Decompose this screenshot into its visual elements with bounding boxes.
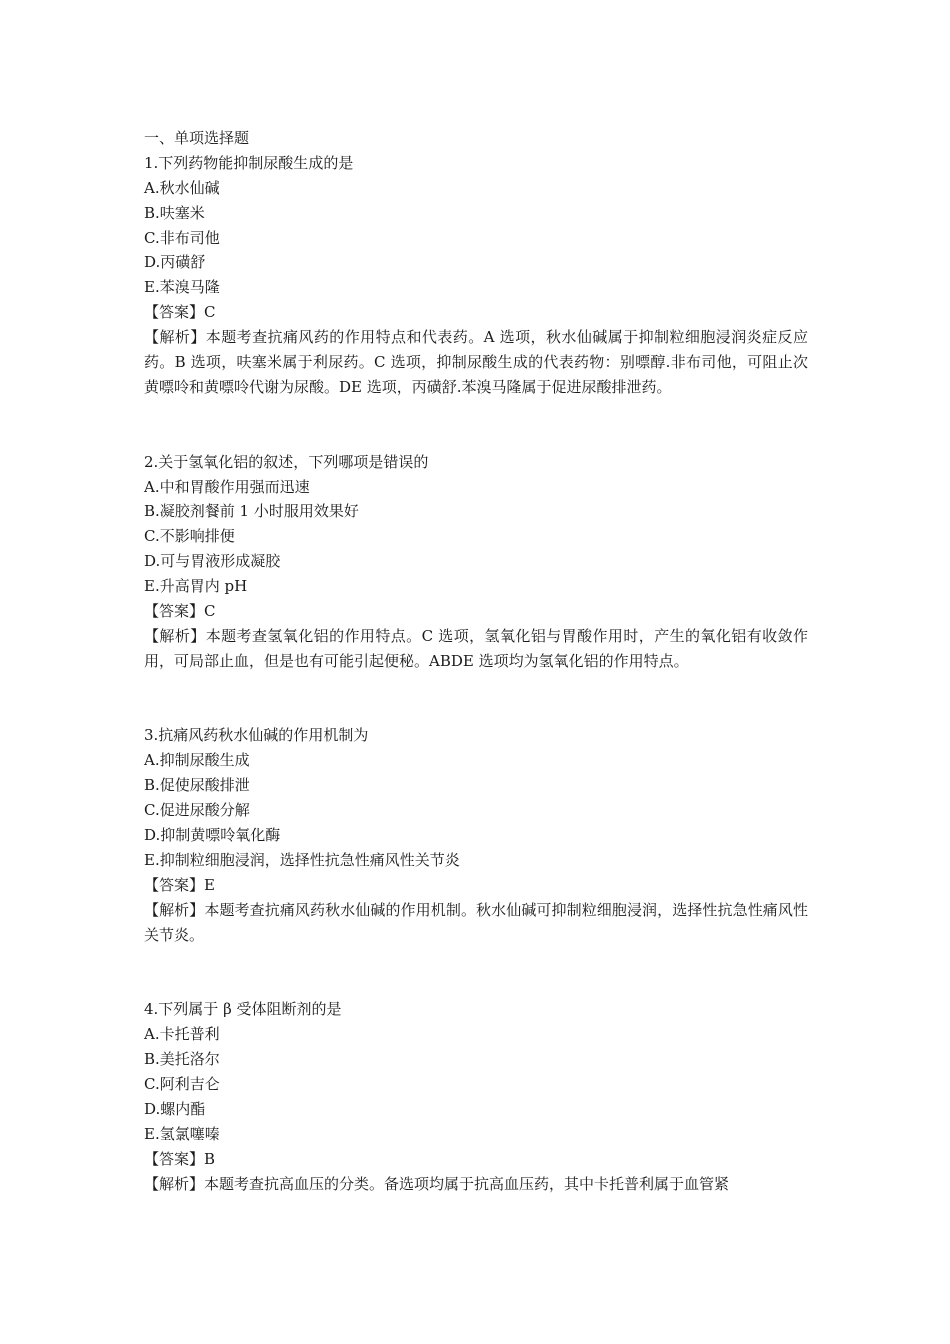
option-c: C.不影响排便 bbox=[144, 524, 808, 549]
question-stem: 2.关于氢氧化铝的叙述，下列哪项是错误的 bbox=[144, 450, 808, 475]
question-3: 3.抗痛风药秋水仙碱的作用机制为 A.抑制尿酸生成 B.促使尿酸排泄 C.促进尿… bbox=[144, 723, 808, 947]
option-a: A.秋水仙碱 bbox=[144, 176, 808, 201]
option-d: D.抑制黄嘌呤氧化酶 bbox=[144, 823, 808, 848]
section-title: 一、单项选择题 bbox=[144, 126, 808, 151]
analysis: 【解析】本题考查抗痛风药秋水仙碱的作用机制。秋水仙碱可抑制粒细胞浸润，选择性抗急… bbox=[144, 898, 808, 948]
analysis: 【解析】本题考查氢氧化铝的作用特点。C 选项，氢氧化铝与胃酸作用时，产生的氧化铝… bbox=[144, 624, 808, 674]
option-a: A.抑制尿酸生成 bbox=[144, 748, 808, 773]
question-stem: 1.下列药物能抑制尿酸生成的是 bbox=[144, 151, 808, 176]
option-e: E.苯溴马隆 bbox=[144, 275, 808, 300]
document-page: 一、单项选择题 1.下列药物能抑制尿酸生成的是 A.秋水仙碱 B.呋塞米 C.非… bbox=[144, 126, 808, 1196]
option-d: D.螺内酯 bbox=[144, 1097, 808, 1122]
question-stem: 4.下列属于 β 受体阻断剂的是 bbox=[144, 997, 808, 1022]
question-4: 4.下列属于 β 受体阻断剂的是 A.卡托普利 B.美托洛尔 C.阿利吉仑 D.… bbox=[144, 997, 808, 1196]
answer: 【答案】B bbox=[144, 1147, 808, 1172]
option-b: B.促使尿酸排泄 bbox=[144, 773, 808, 798]
option-c: C.非布司他 bbox=[144, 226, 808, 251]
option-a: A.卡托普利 bbox=[144, 1022, 808, 1047]
option-e: E.抑制粒细胞浸润，选择性抗急性痛风性关节炎 bbox=[144, 848, 808, 873]
question-stem: 3.抗痛风药秋水仙碱的作用机制为 bbox=[144, 723, 808, 748]
spacer bbox=[144, 674, 808, 724]
answer: 【答案】E bbox=[144, 873, 808, 898]
analysis: 【解析】本题考查抗痛风药的作用特点和代表药。A 选项，秋水仙碱属于抑制粒细胞浸润… bbox=[144, 325, 808, 400]
question-2: 2.关于氢氧化铝的叙述，下列哪项是错误的 A.中和胃酸作用强而迅速 B.凝胶剂餐… bbox=[144, 450, 808, 674]
answer: 【答案】C bbox=[144, 300, 808, 325]
option-d: D.可与胃液形成凝胶 bbox=[144, 549, 808, 574]
answer: 【答案】C bbox=[144, 599, 808, 624]
option-b: B.美托洛尔 bbox=[144, 1047, 808, 1072]
question-1: 1.下列药物能抑制尿酸生成的是 A.秋水仙碱 B.呋塞米 C.非布司他 D.丙磺… bbox=[144, 151, 808, 400]
option-e: E.氢氯噻嗪 bbox=[144, 1122, 808, 1147]
analysis: 【解析】本题考查抗高血压的分类。备选项均属于抗高血压药，其中卡托普利属于血管紧 bbox=[144, 1172, 808, 1197]
option-d: D.丙磺舒 bbox=[144, 250, 808, 275]
option-c: C.促进尿酸分解 bbox=[144, 798, 808, 823]
option-b: B.呋塞米 bbox=[144, 201, 808, 226]
option-c: C.阿利吉仑 bbox=[144, 1072, 808, 1097]
option-a: A.中和胃酸作用强而迅速 bbox=[144, 475, 808, 500]
spacer bbox=[144, 400, 808, 450]
option-e: E.升高胃内 pH bbox=[144, 574, 808, 599]
spacer bbox=[144, 948, 808, 998]
option-b: B.凝胶剂餐前 1 小时服用效果好 bbox=[144, 499, 808, 524]
